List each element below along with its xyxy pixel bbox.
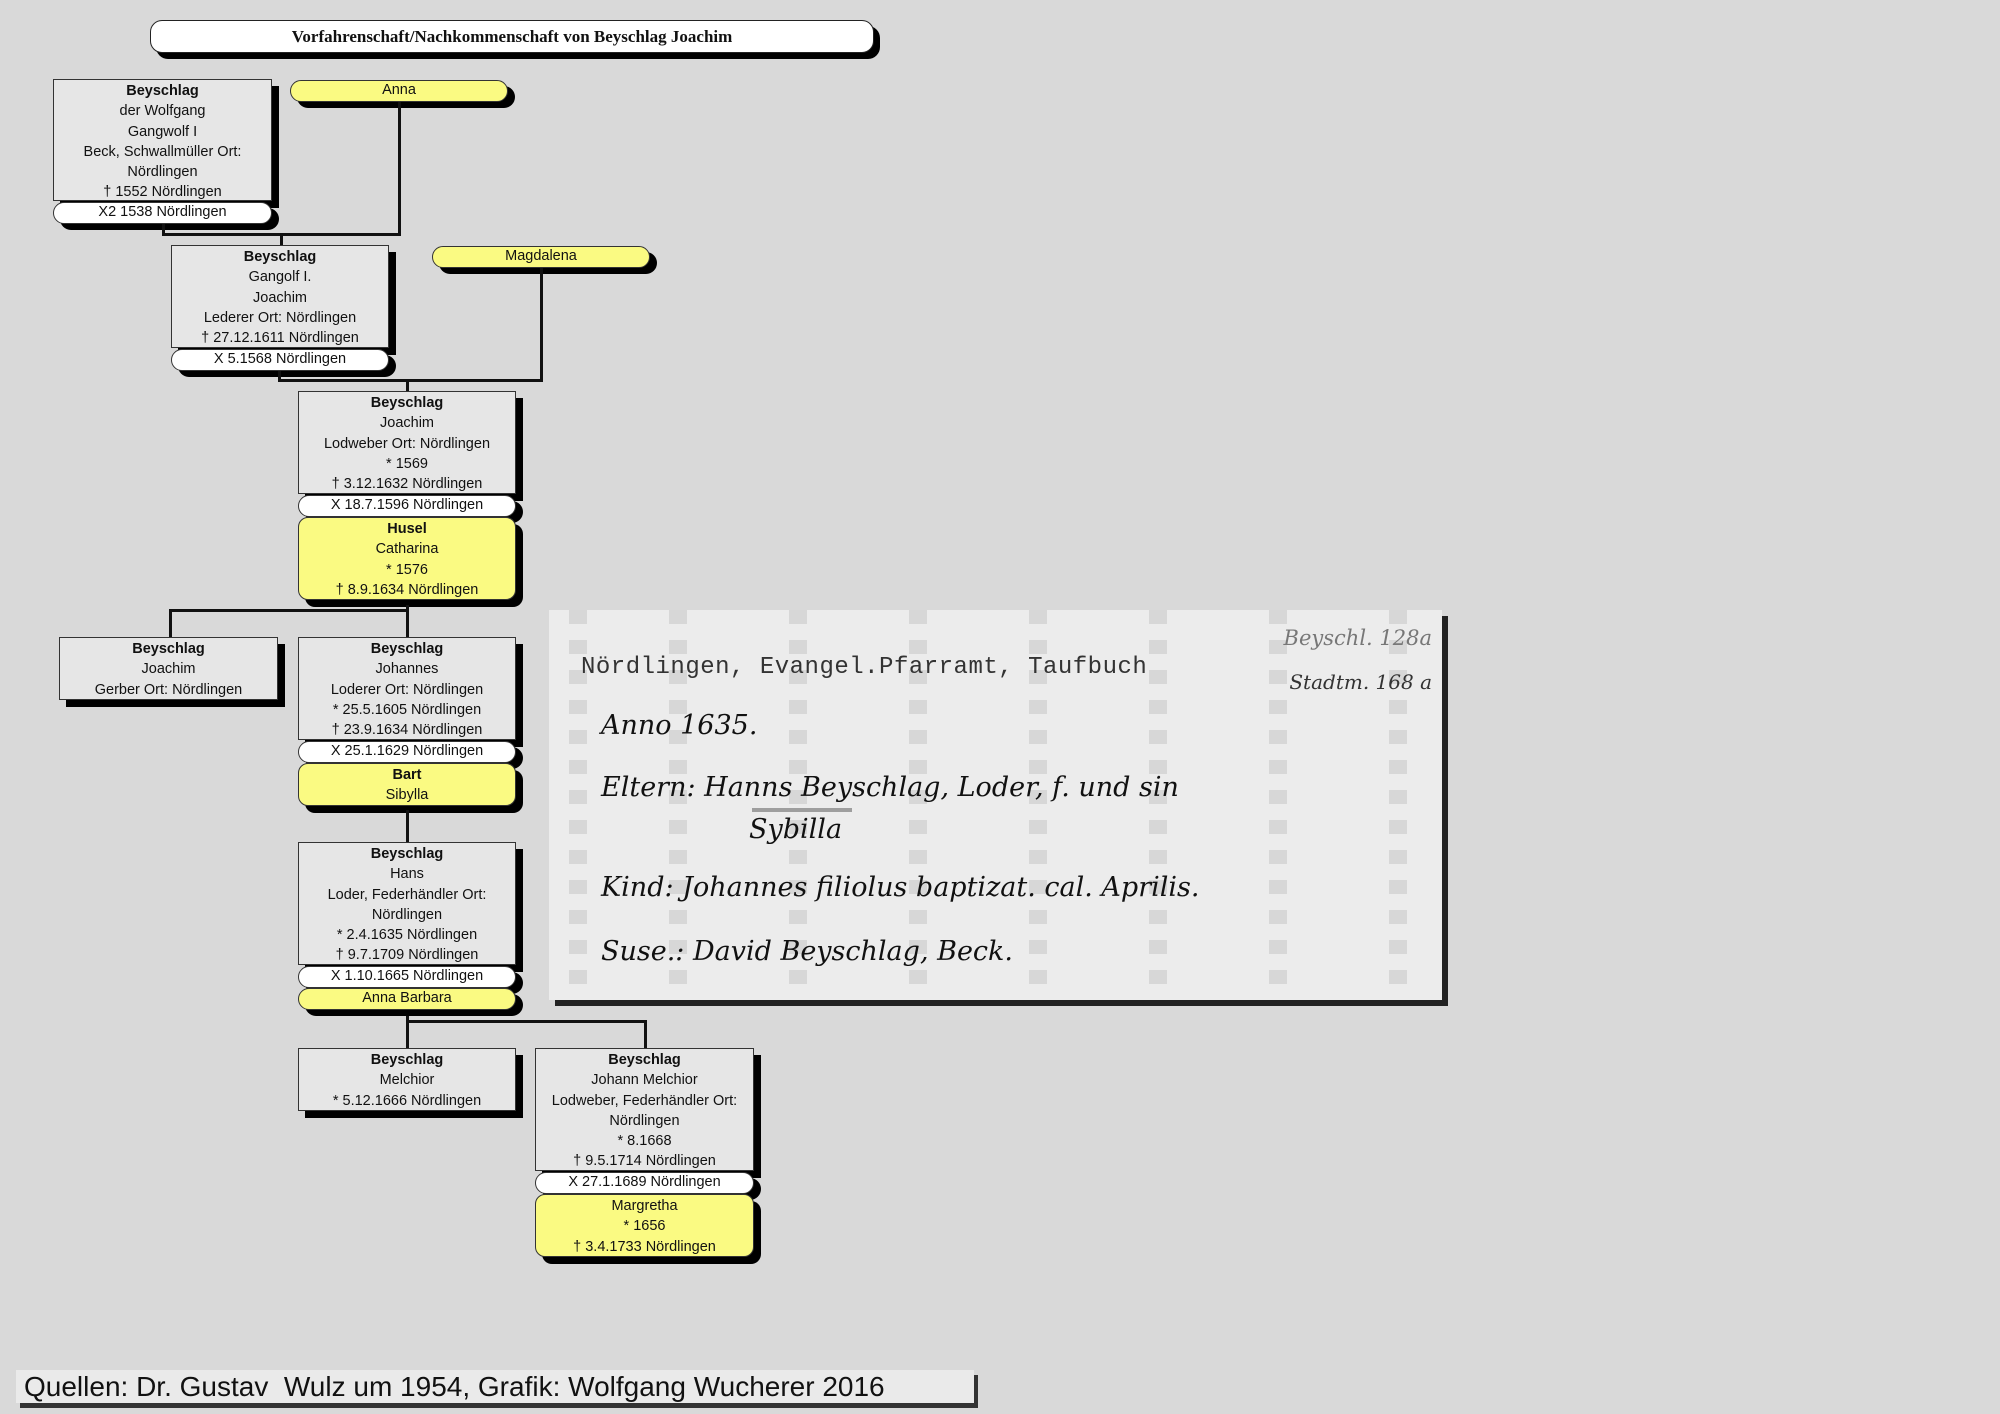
person-line: † 27.12.1611 Nördlingen xyxy=(172,328,388,348)
connector xyxy=(169,609,409,612)
person-line: * 2.4.1635 Nördlingen xyxy=(299,925,515,945)
person-line: * 1656 xyxy=(536,1216,753,1236)
person-line: Lederer Ort: Nördlingen xyxy=(172,308,388,328)
record-line: Kind: Johannes filiolus baptizat. cal. A… xyxy=(601,872,1199,903)
record-line: Sybilla xyxy=(749,814,842,845)
person-box-gen2[interactable]: Beyschlag Gangolf I. Joachim Lederer Ort… xyxy=(171,245,389,348)
person-box-gen1[interactable]: Beyschlag der Wolfgang Gangwolf I Beck, … xyxy=(53,79,272,201)
connector xyxy=(644,1020,647,1049)
record-note-top: Beyschl. 128a xyxy=(1284,626,1432,650)
connector xyxy=(540,268,543,381)
record-underline xyxy=(752,808,852,812)
person-box-gen3[interactable]: Beyschlag Joachim Lodweber Ort: Nördling… xyxy=(298,391,516,494)
marriage-label-gen4: X 25.1.1629 Nördlingen xyxy=(298,741,516,763)
connector xyxy=(278,379,543,382)
person-line: * 1576 xyxy=(299,560,515,580)
surname: Beyschlag xyxy=(54,81,271,101)
person-line: Melchior xyxy=(299,1070,515,1090)
spouse-pill-gen2[interactable]: Magdalena xyxy=(432,246,650,268)
person-line: Joachim xyxy=(299,413,515,433)
connector xyxy=(169,609,172,638)
sibling-box-gen4[interactable]: Beyschlag Joachim Gerber Ort: Nördlingen xyxy=(59,637,278,700)
spouse-box-gen3[interactable]: Husel Catharina * 1576 † 8.9.1634 Nördli… xyxy=(298,517,516,600)
surname: Beyschlag xyxy=(299,639,515,659)
person-line: Nördlingen xyxy=(54,162,271,182)
record-line: Eltern: Hanns Beyschlag, Loder, f. und s… xyxy=(601,772,1179,803)
record-line: Suse.: David Beyschlag, Beck. xyxy=(601,936,1013,967)
connector xyxy=(406,810,409,843)
person-line: * 25.5.1605 Nördlingen xyxy=(299,700,515,720)
marriage-label-gen5: X 1.10.1665 Nördlingen xyxy=(298,966,516,988)
marriage-label-gen6: X 27.1.1689 Nördlingen xyxy=(535,1172,754,1194)
baptism-record-scan: Nördlingen, Evangel.Pfarramt, Taufbuch B… xyxy=(549,610,1442,1000)
person-line: † 8.9.1634 Nördlingen xyxy=(299,580,515,600)
surname: Beyschlag xyxy=(299,1050,515,1070)
person-line: Nördlingen xyxy=(299,905,515,925)
record-note-bottom: Stadtm. 168 a xyxy=(1289,670,1432,694)
marriage-label-gen2: X 5.1568 Nördlingen xyxy=(171,349,389,371)
record-typed-header: Nördlingen, Evangel.Pfarramt, Taufbuch xyxy=(581,654,1147,681)
person-line: * 5.12.1666 Nördlingen xyxy=(299,1091,515,1111)
person-line: † 1552 Nördlingen xyxy=(54,182,271,202)
person-line: Johannes xyxy=(299,659,515,679)
person-line: Lodweber, Federhändler Ort: xyxy=(536,1091,753,1111)
person-box-gen5[interactable]: Beyschlag Hans Loder, Federhändler Ort: … xyxy=(298,842,516,965)
person-line: Catharina xyxy=(299,539,515,559)
surname: Beyschlag xyxy=(536,1050,753,1070)
person-line: Gangwolf I xyxy=(54,122,271,142)
person-line: † 3.12.1632 Nördlingen xyxy=(299,474,515,494)
footer-credits: Quellen: Dr. Gustav Wulz um 1954, Grafik… xyxy=(16,1370,974,1403)
person-line: Hans xyxy=(299,864,515,884)
person-line: Loderer Ort: Nördlingen xyxy=(299,680,515,700)
marriage-label-gen1: X2 1538 Nördlingen xyxy=(53,202,272,224)
person-line: Gangolf I. xyxy=(172,267,388,287)
person-line: Sibylla xyxy=(299,785,515,805)
person-line: Johann Melchior xyxy=(536,1070,753,1090)
spouse-box-gen4[interactable]: Bart Sibylla xyxy=(298,763,516,806)
surname: Beyschlag xyxy=(60,639,277,659)
surname: Bart xyxy=(299,765,515,785)
person-line: Joachim xyxy=(172,288,388,308)
sibling-box-gen6[interactable]: Beyschlag Melchior * 5.12.1666 Nördlinge… xyxy=(298,1048,516,1111)
person-line: Loder, Federhändler Ort: xyxy=(299,885,515,905)
connector xyxy=(398,102,401,235)
person-line: Joachim xyxy=(60,659,277,679)
surname: Beyschlag xyxy=(172,247,388,267)
person-line: * 1569 xyxy=(299,454,515,474)
person-line: Lodweber Ort: Nördlingen xyxy=(299,434,515,454)
marriage-label-gen3: X 18.7.1596 Nördlingen xyxy=(298,495,516,517)
connector xyxy=(406,1020,647,1023)
spouse-box-gen6[interactable]: Margretha * 1656 † 3.4.1733 Nördlingen xyxy=(535,1194,754,1257)
person-line: der Wolfgang xyxy=(54,101,271,121)
chart-title: Vorfahrenschaft/Nachkommenschaft von Bey… xyxy=(150,20,874,53)
person-line: † 9.7.1709 Nördlingen xyxy=(299,945,515,965)
surname: Beyschlag xyxy=(299,393,515,413)
person-box-gen4[interactable]: Beyschlag Johannes Loderer Ort: Nördling… xyxy=(298,637,516,740)
person-line: Margretha xyxy=(536,1196,753,1216)
person-line: † 23.9.1634 Nördlingen xyxy=(299,720,515,740)
record-line: Anno 1635. xyxy=(601,710,757,741)
person-line: Gerber Ort: Nördlingen xyxy=(60,680,277,700)
person-box-gen6[interactable]: Beyschlag Johann Melchior Lodweber, Fede… xyxy=(535,1048,754,1171)
surname: Beyschlag xyxy=(299,844,515,864)
person-line: * 8.1668 xyxy=(536,1131,753,1151)
person-line: Nördlingen xyxy=(536,1111,753,1131)
person-line: † 3.4.1733 Nördlingen xyxy=(536,1237,753,1257)
spouse-pill-gen5[interactable]: Anna Barbara xyxy=(298,988,516,1010)
person-line: † 9.5.1714 Nördlingen xyxy=(536,1151,753,1171)
spouse-pill-gen1[interactable]: Anna xyxy=(290,80,508,102)
surname: Husel xyxy=(299,519,515,539)
person-line: Beck, Schwallmüller Ort: xyxy=(54,142,271,162)
